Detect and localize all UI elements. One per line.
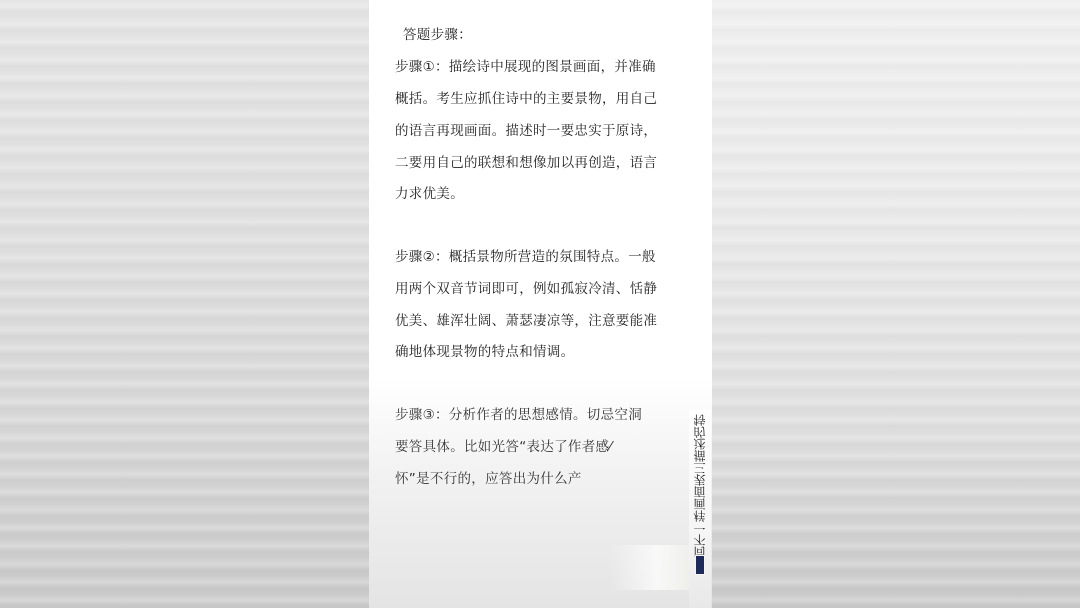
step-1-line-3: 的语言再现画面。描述时一要忠实于原诗，: [395, 122, 657, 140]
heading: 答题步骤：: [403, 26, 472, 44]
step-1-line-1: 步骤①：描绘诗中展现的图景画面，并准确: [395, 58, 656, 76]
flipped-text: 。同不一样画面表三描述的特: [691, 414, 707, 570]
blurred-background-left: [0, 0, 369, 608]
document-page: 答题步骤： 步骤①：描绘诗中展现的图景画面，并准确 概括。考生应抓住诗中的主要景…: [369, 0, 712, 608]
step-3-line-1: 步骤③：分析作者的思想感情。切忌空洞: [395, 406, 642, 424]
step-3-line-3: 怀”是不行的，应答出为什么产: [395, 470, 582, 488]
page-flip-mark: [695, 555, 705, 575]
blurred-background-right: [712, 0, 1080, 608]
step-3-line-2: 要答具体。比如光答“表达了作者感⁄: [395, 438, 612, 456]
step-2-line-3: 优美、雄浑壮阔、萧瑟凄凉等，注意要能准: [395, 312, 657, 330]
step-1-line-5: 力求优美。: [395, 185, 464, 203]
step-2-line-2: 用两个双音节词即可，例如孤寂冷清、恬静: [395, 280, 657, 298]
step-1-line-2: 概括。考生应抓住诗中的主要景物，用自己: [395, 90, 657, 108]
step-1-line-4: 二要用自己的联想和想像加以再创造，语言: [395, 154, 657, 172]
step-2-line-4: 确地体现景物的特点和情调。: [395, 343, 574, 361]
page-flip-artifact: [609, 545, 689, 590]
page-flip-strip: 。同不一样画面表三描述的特: [689, 410, 711, 608]
step-2-line-1: 步骤②：概括景物所营造的氛围特点。一般: [395, 248, 656, 266]
